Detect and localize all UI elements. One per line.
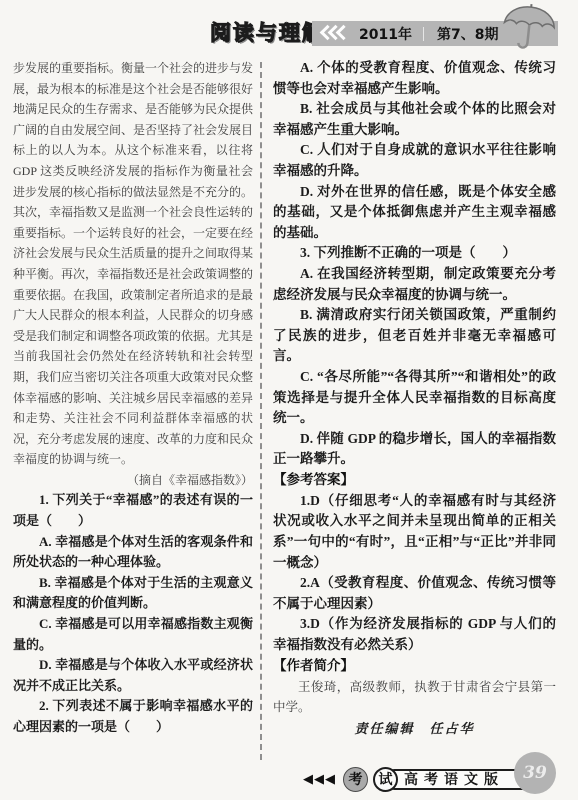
footer-brand: ◀◀◀ 考 试 高考语文版 39 [303, 757, 556, 800]
author-text: 王俊琦，高级教师，执教于甘肃省会宁县第一中学。 [273, 677, 556, 718]
article-source: （摘自《幸福感指数》） [13, 470, 253, 491]
section-title: 阅读与理解 [210, 17, 325, 47]
editor-credit: 责任编辑 任占华 [273, 718, 556, 737]
question-3-option-a: A. 在我国经济转型期，制定政策要充分考虑经济发展与民众幸福度的协调与统一。 [273, 264, 556, 305]
magazine-page: 阅读与理解 2011年 第7、8期 步发展的重要指标。衡量一个社会的进步与发展，… [0, 0, 578, 800]
answer-1: 1.D（仔细思考“人的幸福感有时与其经济状况或收入水平之间并未呈现出简单的正相关… [273, 491, 556, 573]
question-3-option-b: B. 满清政府实行闭关锁国政策，严重制约了民族的进步，但老百姓并非毫无幸福感可言… [273, 305, 556, 367]
question-2-option-b: B. 社会成员与其他社会或个体的比照会对幸福感产生重大影响。 [273, 99, 556, 140]
brand-text: 高考语文版 [404, 769, 504, 789]
back-arrows-icon: ◀◀◀ [303, 773, 336, 786]
page-number-badge: 39 [514, 752, 556, 794]
author-heading: 【作者简介】 [273, 656, 556, 677]
question-3-option-d: D. 伴随 GDP 的稳步增长，国人的幸福指数正一路攀升。 [273, 429, 556, 470]
issue-number: 第7、8期 [437, 24, 498, 44]
chevrons-icon [322, 25, 346, 43]
question-2-option-c: C. 人们对于自身成就的意识水平往往影响幸福感的升降。 [273, 140, 556, 181]
column-divider [260, 62, 262, 760]
question-2-option-a: A. 个体的受教育程度、价值观念、传统习惯等也会对幸福感产生影响。 [273, 58, 556, 99]
answers-heading: 【参考答案】 [273, 470, 556, 491]
question-1-option-c: C. 幸福感是可以用幸福感指数主观衡量的。 [13, 614, 253, 655]
umbrella-icon [498, 2, 560, 59]
question-2-stem: 2. 下列表述不属于影响幸福感水平的心理因素的一项是（ ） [13, 696, 253, 737]
issue-year: 2011年 [359, 24, 412, 44]
answer-2: 2.A（受教育程度、价值观念、传统习惯等不属于心理因素） [273, 573, 556, 614]
brand-circle-kao: 考 [343, 767, 368, 792]
article-text: 步发展的重要指标。衡量一个社会的进步与发展，最为根本的标准是这个社会是否能够很好… [13, 58, 253, 470]
question-3-option-c: C. “各尽所能”“各得其所”“和谐相处”的政策选择是与提升全体人民幸福指数的目… [273, 367, 556, 429]
answer-3: 3.D（作为经济发展指标的 GDP 与人们的幸福指数没有必然关系） [273, 614, 556, 655]
question-3-stem: 3. 下列推断不正确的一项是（ ） [273, 243, 556, 264]
brand-circle-shi: 试 [373, 767, 398, 792]
question-1-stem: 1. 下列关于“幸福感”的表述有误的一项是（ ） [13, 490, 253, 531]
issue-separator [423, 27, 424, 41]
right-column: A. 个体的受教育程度、价值观念、传统习惯等也会对幸福感产生影响。 B. 社会成… [273, 58, 556, 737]
question-1-option-d: D. 幸福感是与个体收入水平或经济状况并不成正比关系。 [13, 655, 253, 696]
question-1-option-b: B. 幸福感是个体对于生活的主观意义和满意程度的价值判断。 [13, 573, 253, 614]
question-1-option-a: A. 幸福感是个体对生活的客观条件和所处状态的一种心理体验。 [13, 532, 253, 573]
left-column: 步发展的重要指标。衡量一个社会的进步与发展，最为根本的标准是这个社会是否能够很好… [13, 58, 253, 738]
question-2-option-d: D. 对外在世界的信任感，既是个体安全感的基础，又是个体抵御焦虑并产生主观幸福感… [273, 182, 556, 244]
